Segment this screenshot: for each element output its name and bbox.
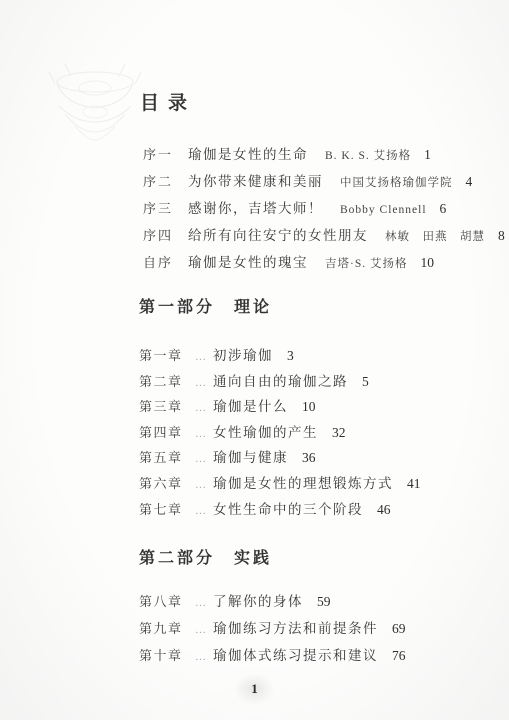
toc-entry-chapter-3: 第三章 … 瑜伽是什么 10 <box>139 395 489 421</box>
toc-entry-chapter-2: 第二章 … 通向自由的瑜伽之路 5 <box>139 370 489 396</box>
chapter-page-number: 46 <box>377 502 391 518</box>
entry-page-number: 6 <box>440 201 447 217</box>
entry-page-number: 1 <box>424 147 431 163</box>
chapter-title: 瑜伽是女性的理想锻炼方式 <box>213 472 393 492</box>
toc-entry-chapter-8: 第八章 … 了解你的身体 59 <box>139 590 489 617</box>
toc-entry-preface-3: 序三 感谢你，吉塔大师！ Bobby Clennell 6 <box>143 197 489 224</box>
toc-entry-chapter-1: 第一章 … 初涉瑜伽 3 <box>139 344 489 370</box>
toc-entry-chapter-9: 第九章 … 瑜伽练习方法和前提条件 69 <box>139 617 489 644</box>
leader-dots: … <box>195 402 207 414</box>
entry-author: B. K. S. 艾扬格 <box>325 147 411 163</box>
toc-entry-chapter-4: 第四章 … 女性瑜伽的产生 32 <box>139 421 489 447</box>
chapter-label: 第六章 <box>139 473 189 492</box>
chapter-page-number: 76 <box>392 648 406 664</box>
chapter-label: 第四章 <box>139 422 189 441</box>
entry-label: 序四 <box>143 225 173 244</box>
toc-page: 目录 序一 瑜伽是女性的生命 B. K. S. 艾扬格 1 序二 为你带来健康和… <box>0 0 509 720</box>
leader-dots: … <box>195 597 207 609</box>
leader-dots: … <box>195 651 207 663</box>
chapter-page-number: 69 <box>392 621 406 637</box>
leader-dots: … <box>195 624 207 636</box>
entry-author: Bobby Clennell <box>340 204 427 216</box>
entry-title: 为你带来健康和美丽 <box>188 170 323 190</box>
toc-entry-chapter-10: 第十章 … 瑜伽体式练习提示和建议 76 <box>139 644 489 671</box>
chapter-list-part1: 第一章 … 初涉瑜伽 3 第二章 … 通向自由的瑜伽之路 5 第三章 … 瑜伽是… <box>139 344 489 523</box>
entry-author: 吉塔·S. 艾扬格 <box>325 255 407 271</box>
toc-entry-author-preface: 自序 瑜伽是女性的瑰宝 吉塔·S. 艾扬格 10 <box>143 251 489 278</box>
entry-title: 感谢你，吉塔大师！ <box>188 197 323 217</box>
entry-author: 中国艾扬格瑜伽学院 <box>340 174 453 190</box>
toc-entry-chapter-5: 第五章 … 瑜伽与健康 36 <box>139 446 489 472</box>
front-matter-list: 序一 瑜伽是女性的生命 B. K. S. 艾扬格 1 序二 为你带来健康和美丽 … <box>143 143 489 278</box>
entry-page-number: 4 <box>466 174 473 190</box>
leader-dots: … <box>195 505 207 517</box>
lotus-sketch-watermark <box>45 56 145 142</box>
chapter-title: 瑜伽是什么 <box>213 395 288 415</box>
page-title: 目录 <box>140 88 196 115</box>
entry-title: 瑜伽是女性的生命 <box>188 143 308 163</box>
chapter-label: 第二章 <box>139 371 189 390</box>
entry-label: 自序 <box>143 252 173 271</box>
folio-page-number: 1 <box>251 681 258 697</box>
toc-entry-chapter-6: 第六章 … 瑜伽是女性的理想锻炼方式 41 <box>139 472 489 498</box>
chapter-page-number: 10 <box>302 399 316 415</box>
leader-dots: … <box>195 428 207 440</box>
chapter-title: 女性生命中的三个阶段 <box>213 498 363 518</box>
chapter-list-part2: 第八章 … 了解你的身体 59 第九章 … 瑜伽练习方法和前提条件 69 第十章… <box>139 590 489 672</box>
entry-label: 序三 <box>143 198 173 217</box>
chapter-page-number: 32 <box>332 425 346 441</box>
chapter-page-number: 36 <box>302 450 316 466</box>
chapter-label: 第八章 <box>139 591 189 610</box>
entry-title: 给所有向往安宁的女性朋友 <box>188 224 368 244</box>
entry-label: 序二 <box>143 171 173 190</box>
toc-entry-preface-2: 序二 为你带来健康和美丽 中国艾扬格瑜伽学院 4 <box>143 170 489 197</box>
chapter-title: 瑜伽练习方法和前提条件 <box>213 617 378 637</box>
entry-author: 林敏 田燕 胡慧 <box>385 228 485 244</box>
chapter-label: 第九章 <box>139 618 189 637</box>
entry-page-number: 8 <box>498 228 505 244</box>
chapter-title: 瑜伽体式练习提示和建议 <box>213 644 378 664</box>
chapter-label: 第三章 <box>139 396 189 415</box>
chapter-label: 第五章 <box>139 447 189 466</box>
entry-page-number: 10 <box>421 255 435 271</box>
chapter-page-number: 3 <box>287 348 294 364</box>
chapter-title: 通向自由的瑜伽之路 <box>213 370 348 390</box>
leader-dots: … <box>195 351 207 363</box>
entry-title: 瑜伽是女性的瑰宝 <box>188 251 308 271</box>
chapter-label: 第七章 <box>139 499 189 518</box>
chapter-label: 第一章 <box>139 345 189 364</box>
chapter-page-number: 41 <box>407 476 421 492</box>
toc-entry-preface-4: 序四 给所有向往安宁的女性朋友 林敏 田燕 胡慧 8 <box>143 224 489 251</box>
leader-dots: … <box>195 453 207 465</box>
page-folio: 1 <box>0 672 509 706</box>
toc-entry-chapter-7: 第七章 … 女性生命中的三个阶段 46 <box>139 498 489 524</box>
toc-entry-preface-1: 序一 瑜伽是女性的生命 B. K. S. 艾扬格 1 <box>143 143 489 170</box>
entry-label: 序一 <box>143 144 173 163</box>
chapter-label: 第十章 <box>139 645 189 664</box>
chapter-title: 瑜伽与健康 <box>213 446 288 466</box>
leader-dots: … <box>195 479 207 491</box>
section-heading-part1: 第一部分 理论 <box>139 294 272 317</box>
chapter-title: 女性瑜伽的产生 <box>213 421 318 441</box>
chapter-title: 初涉瑜伽 <box>213 344 273 364</box>
chapter-page-number: 5 <box>362 374 369 390</box>
section-heading-part2: 第二部分 实践 <box>139 545 272 568</box>
chapter-page-number: 59 <box>317 594 331 610</box>
chapter-title: 了解你的身体 <box>213 590 303 610</box>
leader-dots: … <box>195 377 207 389</box>
